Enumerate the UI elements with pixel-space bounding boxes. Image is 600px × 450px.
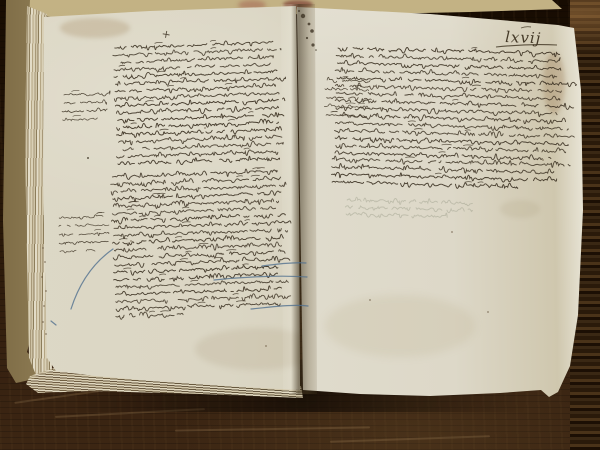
paper-speck [204, 127, 206, 129]
ink-blot [308, 23, 311, 26]
script-flourish [159, 274, 166, 275]
script-line [60, 249, 95, 253]
script-flourish [236, 301, 246, 302]
script-flourish [478, 182, 484, 183]
script-flourish [180, 258, 188, 259]
script-line [64, 91, 110, 98]
paper-speck [44, 261, 46, 263]
script-flourish [442, 144, 452, 145]
script-flourish [199, 243, 209, 244]
script-flourish [226, 249, 236, 250]
script-flourish [472, 85, 481, 86]
script-flourish [182, 222, 191, 223]
script-flourish [210, 40, 216, 41]
script-flourish [225, 83, 232, 84]
script-line [325, 87, 373, 91]
script-line [347, 197, 472, 207]
paper-speck [130, 240, 132, 242]
ink-blot [87, 157, 89, 159]
script-flourish [465, 181, 472, 182]
script-flourish [463, 145, 472, 146]
script-line [327, 77, 370, 83]
script-line [114, 62, 275, 73]
script-flourish [131, 123, 137, 124]
script-line [112, 168, 277, 181]
script-flourish [435, 173, 441, 174]
script-line [113, 249, 285, 261]
paper-speck [487, 311, 489, 313]
script-flourish [167, 85, 174, 86]
script-flourish [236, 176, 243, 177]
left-main-paragraph-1 [112, 38, 291, 167]
right-page-show-through [345, 197, 473, 220]
script-flourish [242, 264, 248, 265]
ink-blot [306, 37, 308, 39]
script-line [62, 108, 107, 113]
script-flourish [198, 302, 206, 303]
script-line [335, 82, 561, 94]
script-line [64, 100, 107, 106]
script-line [118, 112, 291, 124]
script-flourish [175, 237, 182, 238]
script-line [114, 227, 288, 239]
script-flourish [342, 76, 348, 77]
script-line [63, 117, 98, 121]
script-line [59, 241, 108, 245]
paper-speck [265, 345, 267, 347]
script-line [116, 292, 291, 305]
script-line [335, 135, 568, 147]
script-line [335, 67, 557, 79]
script-line [59, 232, 109, 237]
script-flourish [139, 216, 146, 217]
ink-blot [315, 49, 317, 51]
script-line [340, 112, 566, 125]
script-flourish [244, 148, 250, 149]
script-line [331, 171, 556, 184]
script-line [335, 121, 568, 133]
script-flourish [119, 65, 125, 66]
blue-ink-underline-1 [214, 276, 307, 280]
script-line [112, 205, 275, 217]
script-flourish [233, 294, 239, 295]
script-flourish [149, 311, 155, 312]
script-line [111, 175, 281, 188]
script-flourish [73, 115, 81, 116]
script-flourish [127, 209, 134, 210]
script-flourish [211, 48, 217, 49]
header-cross-mark: + [160, 27, 171, 41]
script-line [59, 223, 109, 227]
script-flourish [245, 220, 250, 221]
script-flourish [71, 90, 79, 91]
script-flourish [190, 280, 198, 281]
ink-blot [298, 10, 300, 12]
right-main-paragraph-1 [333, 44, 577, 162]
blue-ink-underline-3 [262, 263, 306, 266]
script-flourish [119, 238, 127, 239]
script-line [116, 279, 289, 291]
script-line [59, 214, 109, 220]
blue-ink-underline-2 [251, 305, 308, 309]
script-flourish [94, 229, 101, 230]
paper-speck [451, 231, 453, 233]
script-line [336, 142, 566, 154]
blue-ink-tick [51, 321, 56, 325]
script-flourish [152, 193, 160, 194]
script-flourish [145, 101, 153, 102]
script-flourish [155, 42, 163, 43]
script-flourish [123, 268, 131, 269]
paper-speck [42, 321, 44, 323]
script-flourish [248, 112, 253, 113]
left-margin-note-2 [58, 212, 110, 253]
paper-speck [369, 299, 371, 301]
script-flourish [465, 130, 471, 131]
script-flourish [160, 311, 168, 312]
script-line [118, 133, 281, 146]
paper-speck [45, 290, 47, 292]
script-line [336, 90, 560, 102]
blue-ink-arc [71, 249, 113, 309]
script-flourish [154, 215, 161, 216]
paper-speck [42, 247, 44, 249]
script-line [118, 155, 280, 167]
script-line [112, 234, 283, 247]
script-line [336, 106, 557, 118]
script-flourish [182, 207, 189, 208]
right-margin-note [324, 76, 373, 118]
script-line [337, 75, 577, 87]
ink-layer: + lxvij [0, 0, 600, 450]
paper-speck [41, 276, 43, 278]
script-flourish [471, 47, 477, 48]
script-line [115, 39, 273, 51]
script-line [114, 91, 279, 102]
ink-blot [310, 29, 314, 33]
script-flourish [358, 103, 365, 104]
script-flourish [160, 129, 169, 130]
right-main-paragraph-2 [331, 155, 570, 191]
script-line [114, 219, 291, 230]
script-flourish [228, 119, 235, 120]
script-line [113, 46, 281, 58]
script-line [332, 179, 518, 190]
script-line [114, 68, 277, 80]
script-line [116, 104, 278, 116]
script-flourish [405, 157, 414, 158]
script-flourish [251, 175, 260, 176]
script-flourish [185, 251, 191, 252]
script-flourish [452, 99, 458, 100]
script-flourish [439, 152, 446, 153]
left-main-paragraph-2 [110, 167, 294, 320]
ink-blot [311, 43, 314, 46]
script-flourish [252, 168, 260, 169]
paper-speck [43, 305, 45, 307]
script-line [121, 54, 274, 63]
left-margin-note-1 [61, 89, 111, 121]
script-flourish [408, 121, 416, 122]
paper-speck [542, 159, 544, 161]
script-flourish [462, 77, 469, 78]
script-line [332, 163, 554, 175]
script-line [337, 60, 561, 72]
ink-blot [301, 14, 305, 18]
script-flourish [346, 103, 356, 104]
script-flourish [414, 128, 422, 129]
script-line [345, 205, 472, 214]
manuscript-photo-scene: + lxvij [0, 0, 600, 450]
paper-speck [45, 333, 47, 335]
